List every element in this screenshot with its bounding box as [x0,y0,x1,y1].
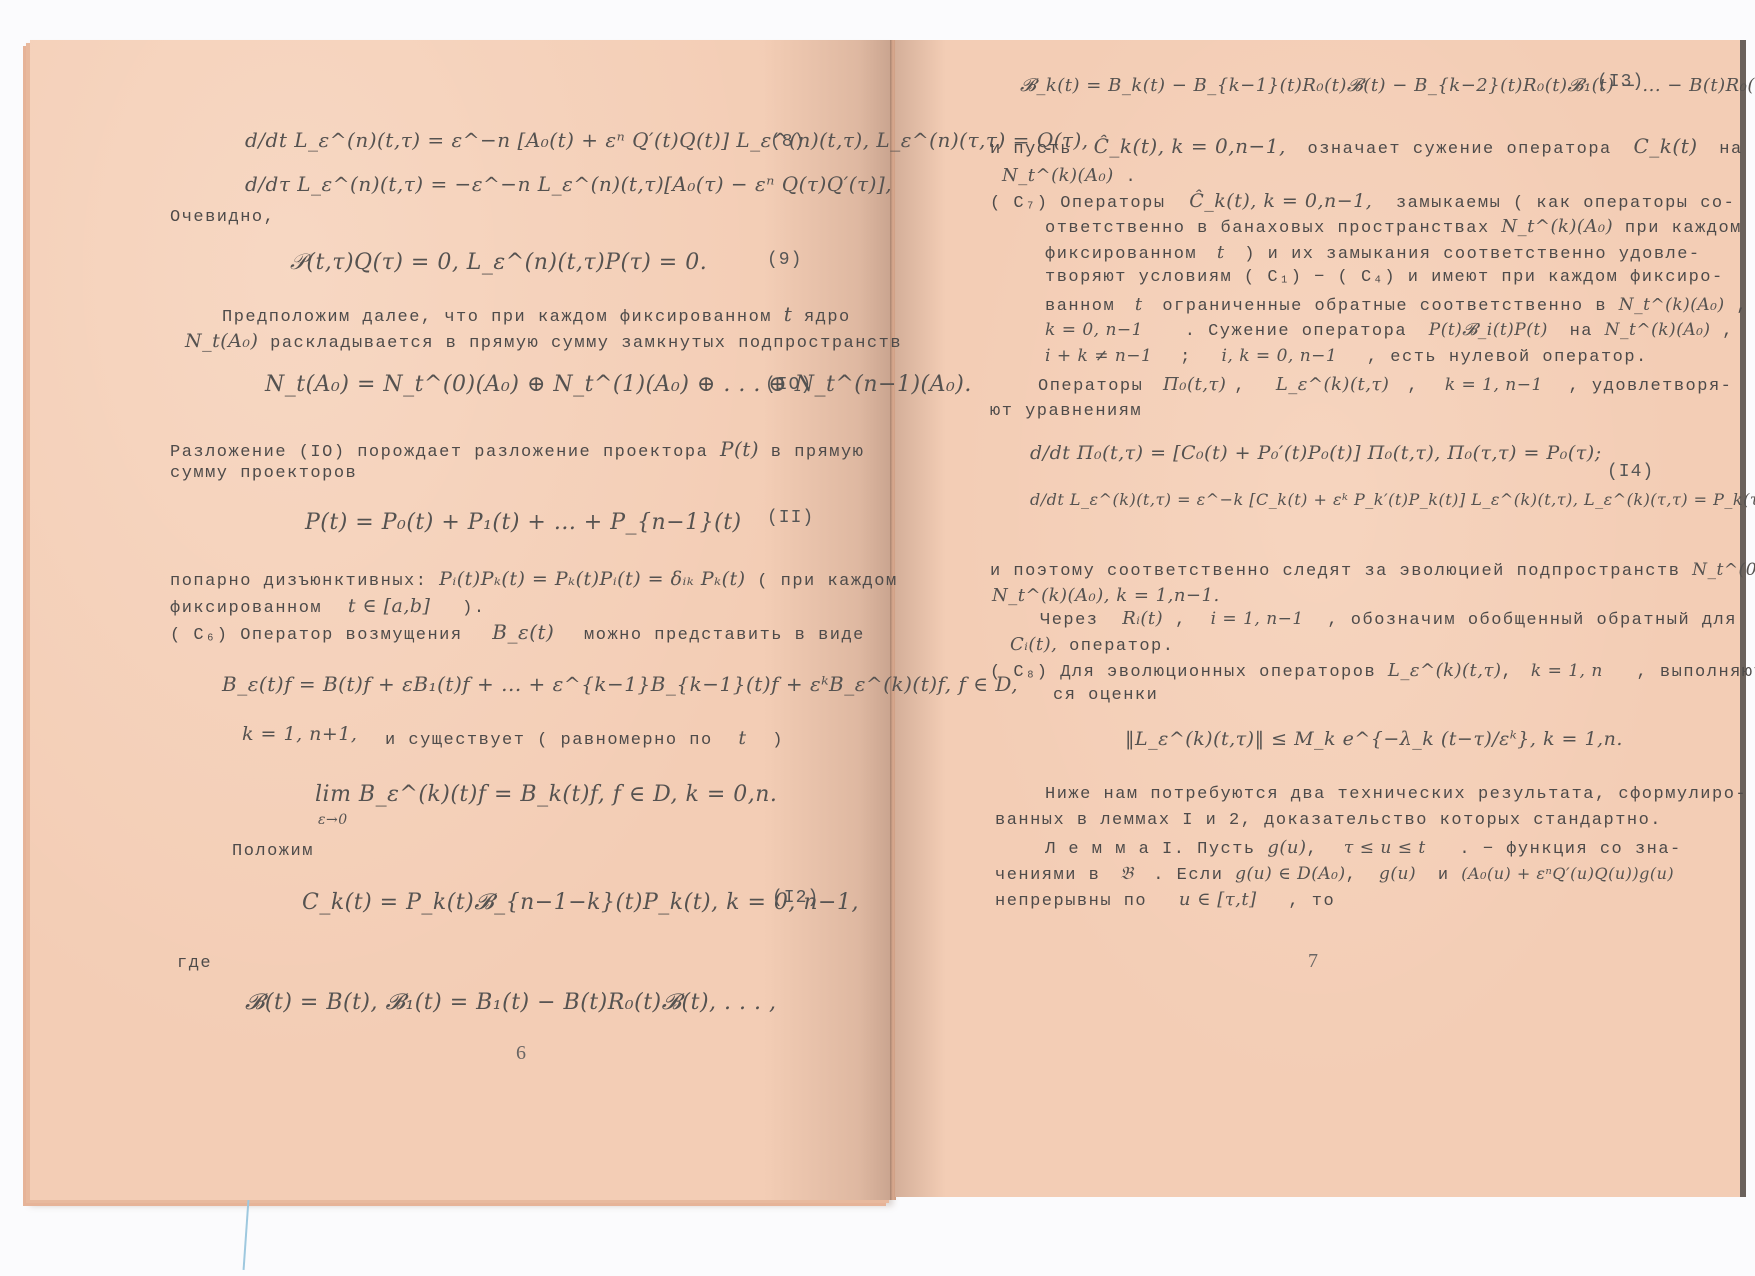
text: , обозначим обобщенный обратный для [1327,611,1737,630]
equation-10: N_t(A₀) = N_t^(0)(A₀) ⊕ N_t^(1)(A₀) ⊕ . … [265,372,972,397]
text: и пусть [990,140,1072,159]
symbol-projector-relation: Pᵢ(t)Pₖ(t) = Pₖ(t)Pᵢ(t) = δᵢₖ Pₖ(t) [439,568,745,590]
text: ) и их замыкания соответственно удовле- [1244,245,1700,264]
symbol-C-i: Cᵢ(t), [1010,634,1057,655]
text: ). [462,599,485,618]
equation-13-label: (I3) [1597,72,1644,92]
symbol-L-k: L_ε^(k)(t,τ) [1388,660,1502,681]
symbol-index-condition: i + k ≠ n−1 [1045,346,1152,366]
text: Предположим далее, что при каждом фиксир… [222,308,772,327]
symbol-t: t [738,727,746,749]
symbol-N-k: N_t^(k)(A₀) [1619,295,1725,315]
equation-estimate: ‖L_ε^(k)(t,τ)‖ ≤ M_k e^{−λ_k (t−τ)/εᵏ}, … [1125,728,1623,750]
symbol-t: t [784,302,793,326]
text: и [1438,866,1450,885]
symbol-index-range: i, k = 0, n−1 [1221,346,1337,366]
symbol-operator-expression: (A₀(u) + εⁿQ′(u)Q(u))g(u) [1461,864,1674,883]
condition-c8-line-1: ( C₈) Для эволюционных операторов L_ε^(k… [990,660,1755,682]
lemma-line-3: непрерывны по u ∈ [τ,t] , то [995,889,1335,911]
symbol-N-k: N_t^(k)(A₀) [1605,320,1711,340]
symbol-g-u: g(u) [1267,837,1306,858]
text: . − функция со зна- [1459,840,1681,859]
symbol-k-range: k = 1, n [1531,661,1603,681]
text-set: Положим [232,842,314,861]
paragraph-follow-line-2: N_t^(k)(A₀), k = 1,n−1. [992,585,1220,606]
condition-label: ( C₈) [990,663,1049,682]
equation-14-label: (I4) [1607,462,1654,482]
k-range: k = 1, n+1, [242,723,357,745]
page-number-right: 7 [1308,950,1318,973]
page-number-left: 6 [516,1042,526,1065]
paragraph-below-line-1: Ниже нам потребуются два технических рез… [1045,785,1747,804]
text: ограниченные обратные соответственно в [1162,297,1607,316]
text: можно представить в виде [584,626,865,645]
text: ; [1180,348,1192,367]
paragraph-decomp-line-1: Разложение (IO) порождает разложение про… [170,437,864,462]
text: , удовлетворя- [1569,377,1733,396]
text: означает сужение оператора [1308,140,1612,159]
text: . Если [1153,866,1223,885]
limit-subscript: ε→0 [318,812,348,828]
equation-B-definitions: 𝓑(t) = B(t), 𝓑₁(t) = B₁(t) − B(t)R₀(t)𝓑(… [245,990,776,1015]
symbol-u-interval: u ∈ [τ,t] [1179,889,1257,910]
text: ядро [804,308,851,327]
paragraph-let-line-1: и пусть Ĉ_k(t), k = 0,n−1, означает суже… [990,134,1743,159]
text: на [1570,322,1593,341]
symbol-C-hat: Ĉ_k(t), k = 0,n−1, [1094,134,1286,158]
condition-c7-line-7: i + k ≠ n−1 ; i, k = 0, n−1 , есть нулев… [1045,346,1648,367]
condition-c7-line-2: ответственно в банаховых пространствах N… [1045,216,1742,238]
paragraph-below-line-2: ванных в леммах I и 2, доказательство ко… [995,811,1662,830]
equation-9: 𝒫(t,τ)Q(τ) = 0, L_ε^(n)(t,τ)P(τ) = 0. [290,250,707,275]
text: , то [1288,892,1335,911]
text: . Сужение оператора [1185,322,1407,341]
condition-c7-line-4: творяют условиям ( C₁) − ( C₄) и имеют п… [1045,268,1724,287]
text: , [1722,322,1734,341]
paragraph-via-line-1: Через Rᵢ(t), i = 1, n−1 , обозначим обоб… [1040,608,1737,630]
text-exists: и существует ( равномерно по t ) [385,727,784,750]
text: Оператор возмущения [240,626,462,645]
text: на [1719,140,1742,159]
paragraph-let-line-2: N_t^(k)(A₀) . [1002,165,1137,187]
condition-c7-line-6: k = 0, n−1 . Сужение оператора P(t)𝓑_i(t… [1045,320,1734,341]
text: , выполняют- [1637,663,1755,682]
symbol-banach-space: 𝔅 [1120,863,1134,884]
text: оператор. [1069,637,1174,656]
equation-limit: lim B_ε^(k)(t)f = B_k(t)f, f ∈ D, k = 0,… [315,782,777,807]
symbol-N-0: N_t^(0)(A₀), [1692,560,1755,580]
symbol-C-hat: Ĉ_k(t), k = 0,n−1, [1189,190,1372,212]
symbol-t: t [1217,242,1225,263]
text: Операторы [1060,194,1165,213]
text: Пусть [1197,840,1256,859]
symbol-k-range: k = 0, n−1 [1045,320,1143,340]
equation-14-line-1: d/dt Π₀(t,τ) = [C₀(t) + P₀′(t)P₀(t)] Π₀(… [1030,442,1602,464]
scan-artifact-line [243,1200,250,1270]
paragraph-operators-line-2: ют уравнениям [990,402,1142,421]
symbol-operator-product: P(t)𝓑_i(t)P(t) [1429,320,1548,340]
symbol-N-k: N_t^(k)(A₀) [1501,216,1613,237]
text: Через [1040,611,1099,630]
condition-label: ( C₆) [170,626,229,645]
lemma-line-1: Л е м м а I. Пусть g(u), τ ≤ u ≤ t . − ф… [1045,837,1682,859]
symbol-interval: t ∈ [a,b] [348,595,431,617]
equation-8-line-1: d/dt L_ε^(n)(t,τ) = ε^−n [A₀(t) + εⁿ Q′(… [245,128,1089,152]
symbol-N-k: N_t^(k)(A₀) [1002,165,1114,186]
condition-c7-line-1: ( C₇) Операторы Ĉ_k(t), k = 0,n−1, замык… [990,190,1735,213]
symbol-R-i: Rᵢ(t) [1122,608,1163,629]
symbol-domain: g(u) ∈ D(A₀) [1235,864,1345,884]
text: Операторы [1038,377,1143,396]
condition-c6: ( C₆) Оператор возмущения B_ε(t) можно п… [170,620,865,645]
equation-14-line-2: d/dt L_ε^(k)(t,τ) = ε^−k [C_k(t) + εᵏ P_… [1030,490,1755,509]
symbol-B-eps: B_ε(t) [492,620,554,644]
text: непрерывны по [995,892,1147,911]
equation-11-label: (II) [767,508,814,528]
condition-label: ( C₇) [990,194,1049,213]
text: и поэтому соответственно следят за эволю… [990,562,1680,581]
lemma-title: Л е м м а I. [1045,840,1185,859]
equation-8-line-2: d/dτ L_ε^(n)(t,τ) = −ε^−n L_ε^(n)(t,τ)[A… [245,172,892,196]
paragraph-assume-line-2: N_t(A₀) раскладывается в прямую сумму за… [185,330,902,353]
symbol-i-range: i = 1, n−1 [1211,609,1304,629]
text: и существует ( равномерно по [385,731,713,750]
text: фиксированном [1045,245,1197,264]
lemma-line-2: чениями в 𝔅 . Если g(u) ∈ D(A₀), g(u) и … [995,863,1674,885]
text: ванном [1045,297,1115,316]
symbol-L-k: L_ε^(k)(t,τ) [1276,374,1390,395]
text-where: где [177,954,212,973]
text: в прямую [771,443,865,462]
symbol-k-range: k = 1, n−1 [1445,375,1543,395]
text: ( при каждом [757,572,897,591]
text: Разложение (IO) порождает разложение про… [170,443,708,462]
paragraph-assume-line-1: Предположим далее, что при каждом фиксир… [222,302,851,327]
paragraph-operators-line-1: Операторы Π₀(t,τ), L_ε^(k)(t,τ), k = 1, … [1038,374,1732,396]
text: фиксированном [170,599,322,618]
symbol-kernel: N_t(A₀) [185,330,258,352]
symbol-g-u: g(u) [1379,864,1416,884]
text: чениями в [995,866,1100,885]
condition-c7-line-3: фиксированном t ) и их замыкания соответ… [1045,242,1701,264]
symbol-u-range: τ ≤ u ≤ t [1344,838,1426,858]
paragraph-disjoint-line-2: фиксированном t ∈ [a,b] ). [170,595,486,618]
text: Для эволюционных операторов [1060,663,1376,682]
equation-13: 𝓑_k(t) = B_k(t) − B_{k−1}(t)R₀(t)𝓑(t) − … [1020,75,1755,96]
symbol-t: t [1135,294,1143,315]
equation-9-label: (9) [767,250,802,270]
equation-B-eps-expansion: B_ε(t)f = B(t)f + εB₁(t)f + ... + ε^{k−1… [222,672,1018,696]
paragraph-decomp-line-2: сумму проекторов [170,464,357,483]
text: , есть нулевой оператор. [1367,348,1648,367]
text: попарно дизъюнктивных: [170,572,427,591]
text: раскладывается в прямую сумму замкнутых … [270,334,902,353]
text: ответственно в банаховых пространствах [1045,219,1490,238]
text-obviously: Очевидно, [170,208,275,227]
symbol-C-k: C_k(t) [1633,134,1697,158]
equation-12-label: (I2) [772,888,819,908]
text: ) [772,731,784,750]
paragraph-disjoint-line-1: попарно дизъюнктивных: Pᵢ(t)Pₖ(t) = Pₖ(t… [170,568,898,591]
text: . [1125,168,1137,187]
paragraph-via-line-2: Cᵢ(t), оператор. [1010,634,1174,656]
text: замыкаемы ( как операторы со- [1396,194,1735,213]
condition-c7-line-5: ванном t ограниченные обратные соответст… [1045,294,1748,316]
equation-11: P(t) = P₀(t) + P₁(t) + ... + P_{n−1}(t) [305,510,742,535]
equation-8-label: (8) [770,132,805,152]
symbol-P: P(t) [720,437,759,461]
text: при каждом [1625,219,1742,238]
symbol-Pi: Π₀(t,τ) [1163,374,1226,395]
condition-c8-line-2: ся оценки [1053,686,1158,705]
paragraph-follow-line-1: и поэтому соответственно следят за эволю… [990,560,1755,581]
equation-10-label: (IO) [765,375,812,395]
text: , [1736,297,1748,316]
